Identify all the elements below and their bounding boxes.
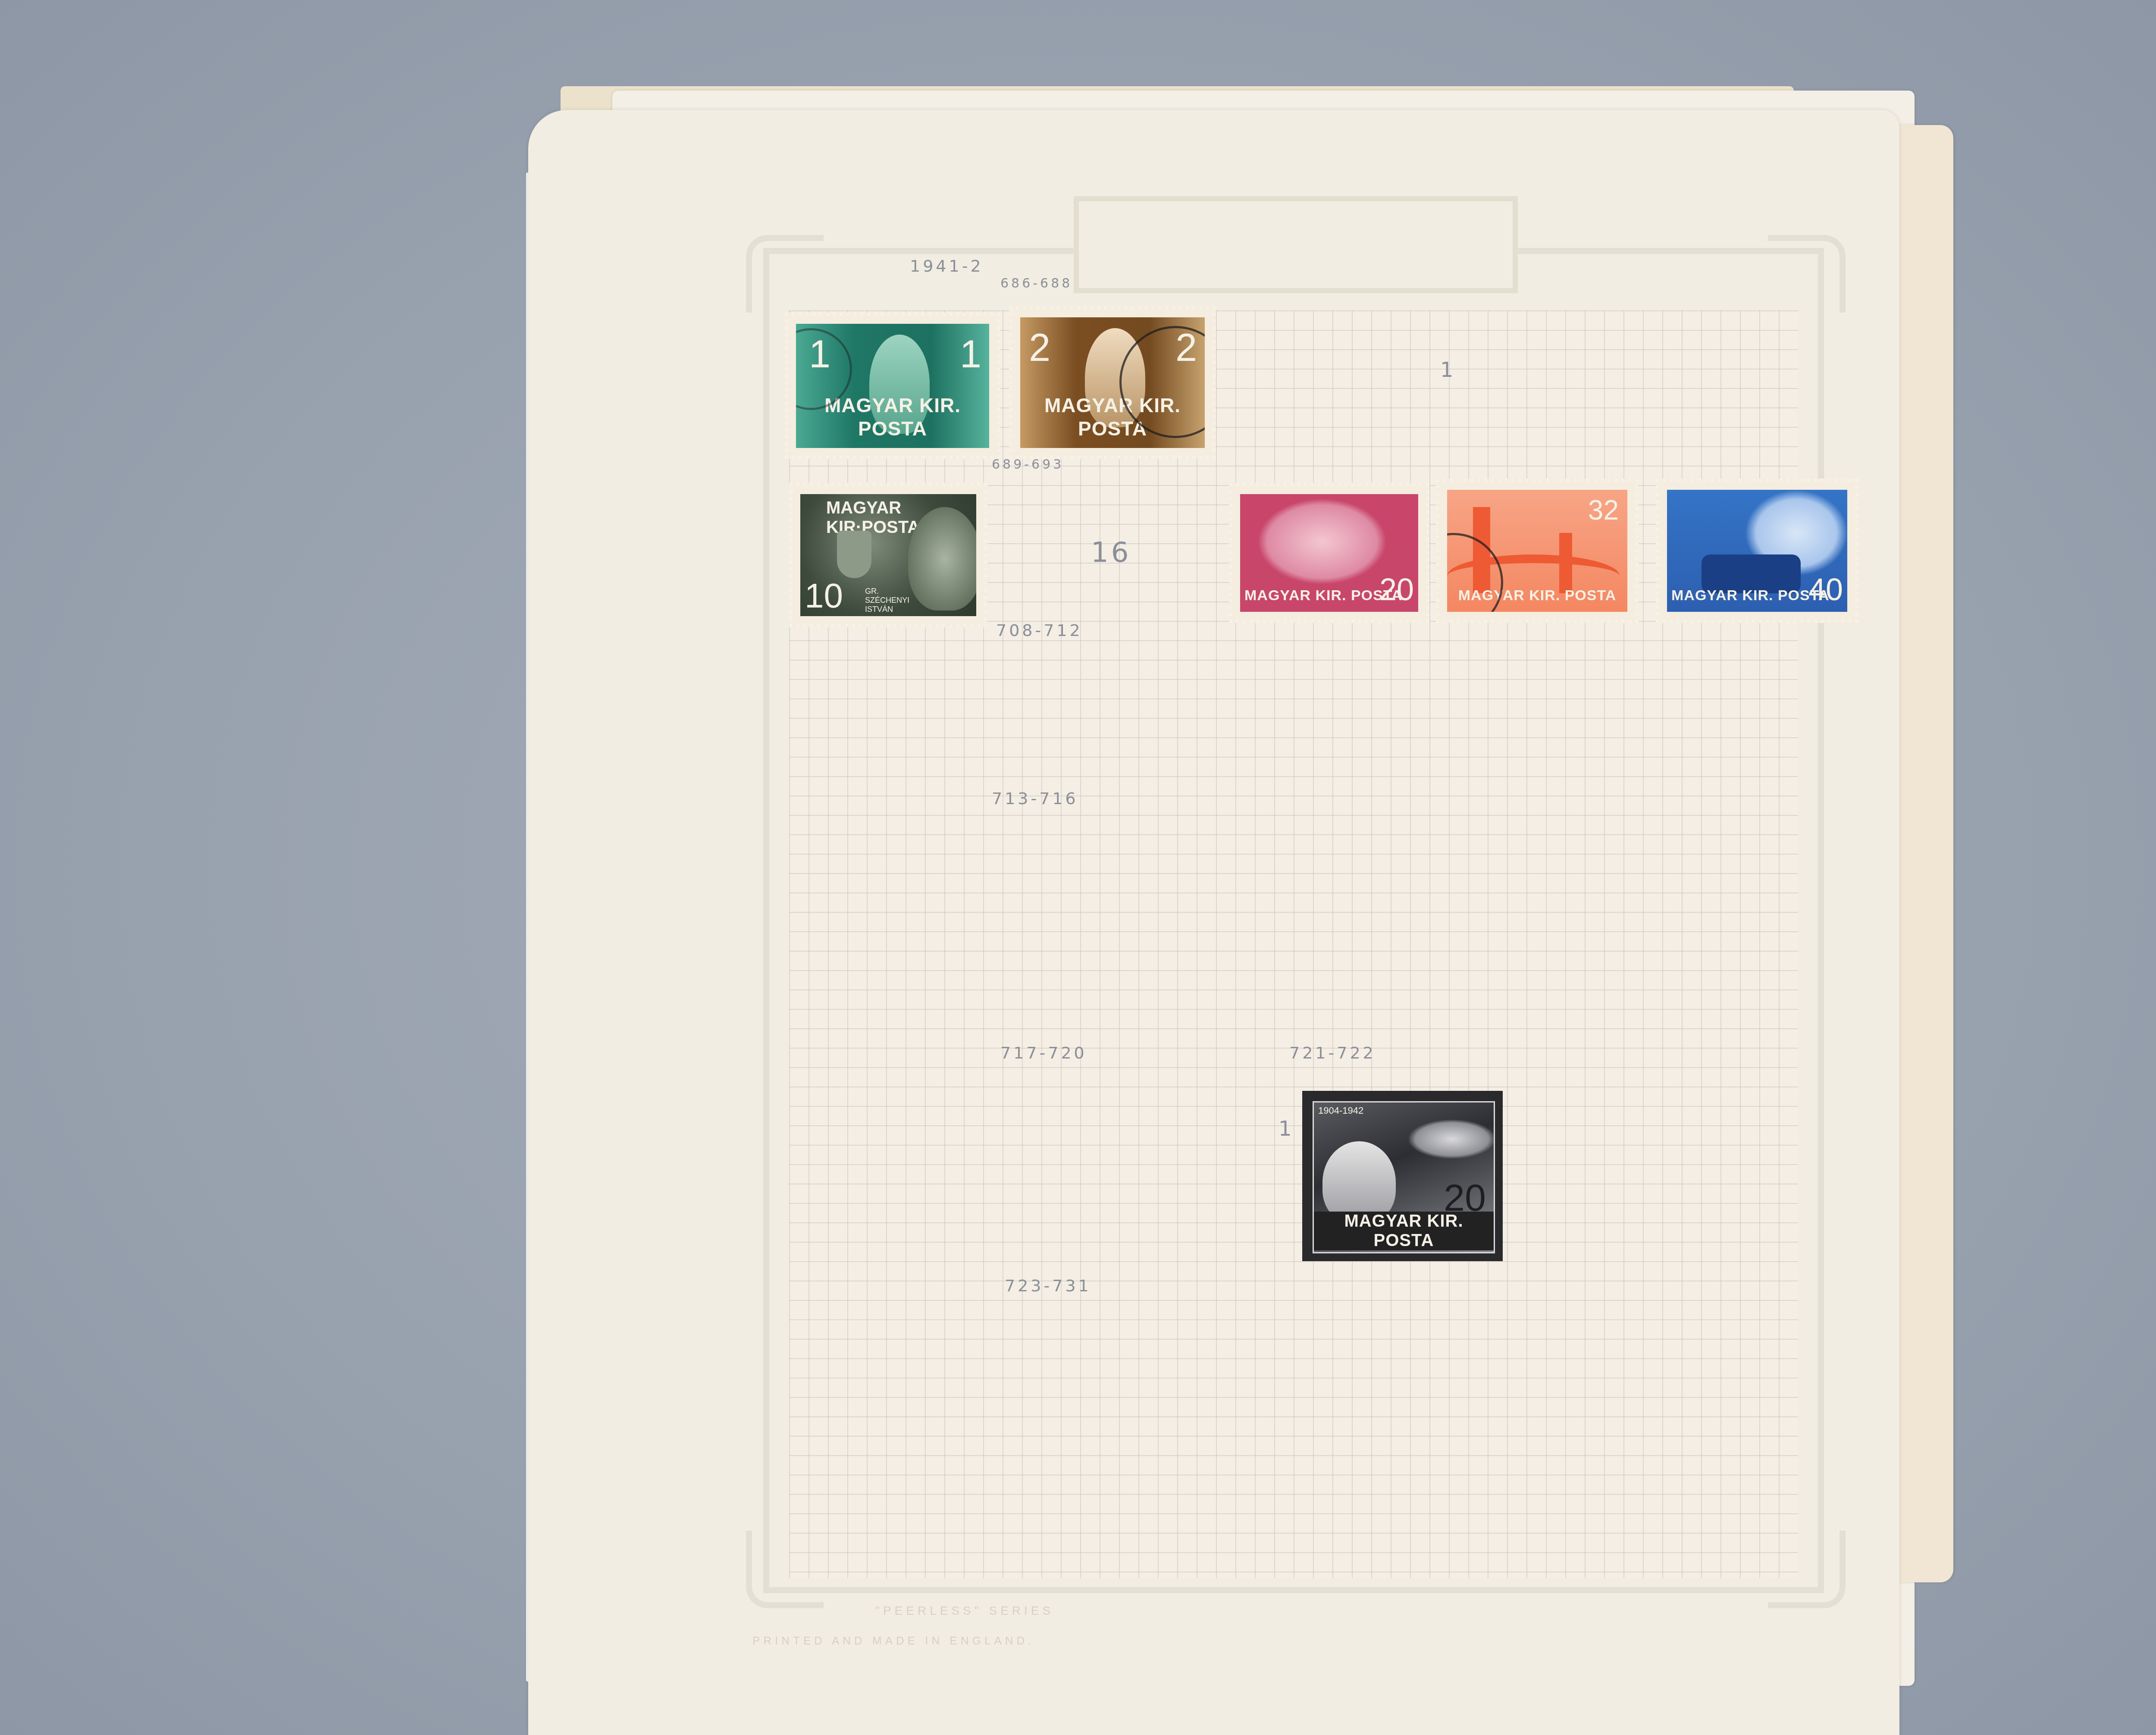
pencil-note-catalog: 721-722 — [1289, 1043, 1376, 1062]
pencil-note-catalog: 708-712 — [996, 621, 1083, 640]
pencil-note-catalog: 713-716 — [992, 789, 1078, 808]
corner-ornament — [1768, 235, 1846, 313]
denomination: 40 — [1808, 572, 1843, 608]
pencil-mark: 1 — [1440, 358, 1456, 382]
pencil-mark: 1 — [1279, 1117, 1294, 1141]
stamp-horthy-istvan-20f: 1904-1942 20 MAGYAR KIR. POSTA — [1302, 1091, 1503, 1261]
stamp-horthy-1p: 1 1 MAGYAR KIR. POSTA — [785, 313, 1000, 459]
pencil-note-catalog: 717-720 — [1000, 1043, 1087, 1062]
stamp-horthy-2p: 2 2 MAGYAR KIR. POSTA — [1009, 306, 1216, 459]
pencil-note-year: 1941-2 — [910, 257, 984, 276]
pencil-mark: 16 — [1091, 537, 1131, 569]
denomination: 10 — [805, 576, 843, 616]
denomination: 2 — [1029, 326, 1050, 370]
stamp-legend: MAGYAR KIR. POSTA — [1314, 1212, 1494, 1250]
stamp-szechenyi-10f: MAGYAR KIR·POSTA 10 GR. SZÉCHENYI ISTVÁN — [789, 483, 987, 627]
imprint-series: "PEERLESS" SERIES — [875, 1604, 1054, 1618]
stamp-mercury-20f: MAGYAR KIR. POSTA 20 — [1229, 483, 1429, 623]
stamp-chain-bridge-32f: 32 MAGYAR KIR. POSTA — [1436, 479, 1639, 623]
pilot-portrait-icon — [1322, 1141, 1396, 1223]
mercury-figure-icon — [1257, 498, 1387, 585]
page-title-box — [1074, 196, 1518, 293]
denomination: 20 — [1379, 572, 1414, 608]
postmark — [1447, 533, 1503, 612]
stamp-dates: 1904-1942 — [1318, 1105, 1363, 1116]
stamp-caption: GR. SZÉCHENYI ISTVÁN — [865, 587, 925, 614]
stamp-mercury-40f: MAGYAR KIR. POSTA 40 — [1656, 479, 1858, 623]
pencil-note-catalog: 686-688 — [1000, 276, 1072, 291]
pencil-note-catalog: 723-731 — [1005, 1276, 1091, 1295]
coat-of-arms-icon — [837, 531, 871, 578]
pencil-note-catalog: 689-693 — [992, 457, 1064, 472]
denomination: 32 — [1588, 494, 1619, 526]
corner-ornament — [746, 235, 824, 313]
denomination: 1 — [960, 332, 981, 377]
imprint-made-in-england: PRINTED AND MADE IN ENGLAND. — [752, 1634, 1035, 1647]
horsemen-icon — [1409, 1120, 1495, 1159]
